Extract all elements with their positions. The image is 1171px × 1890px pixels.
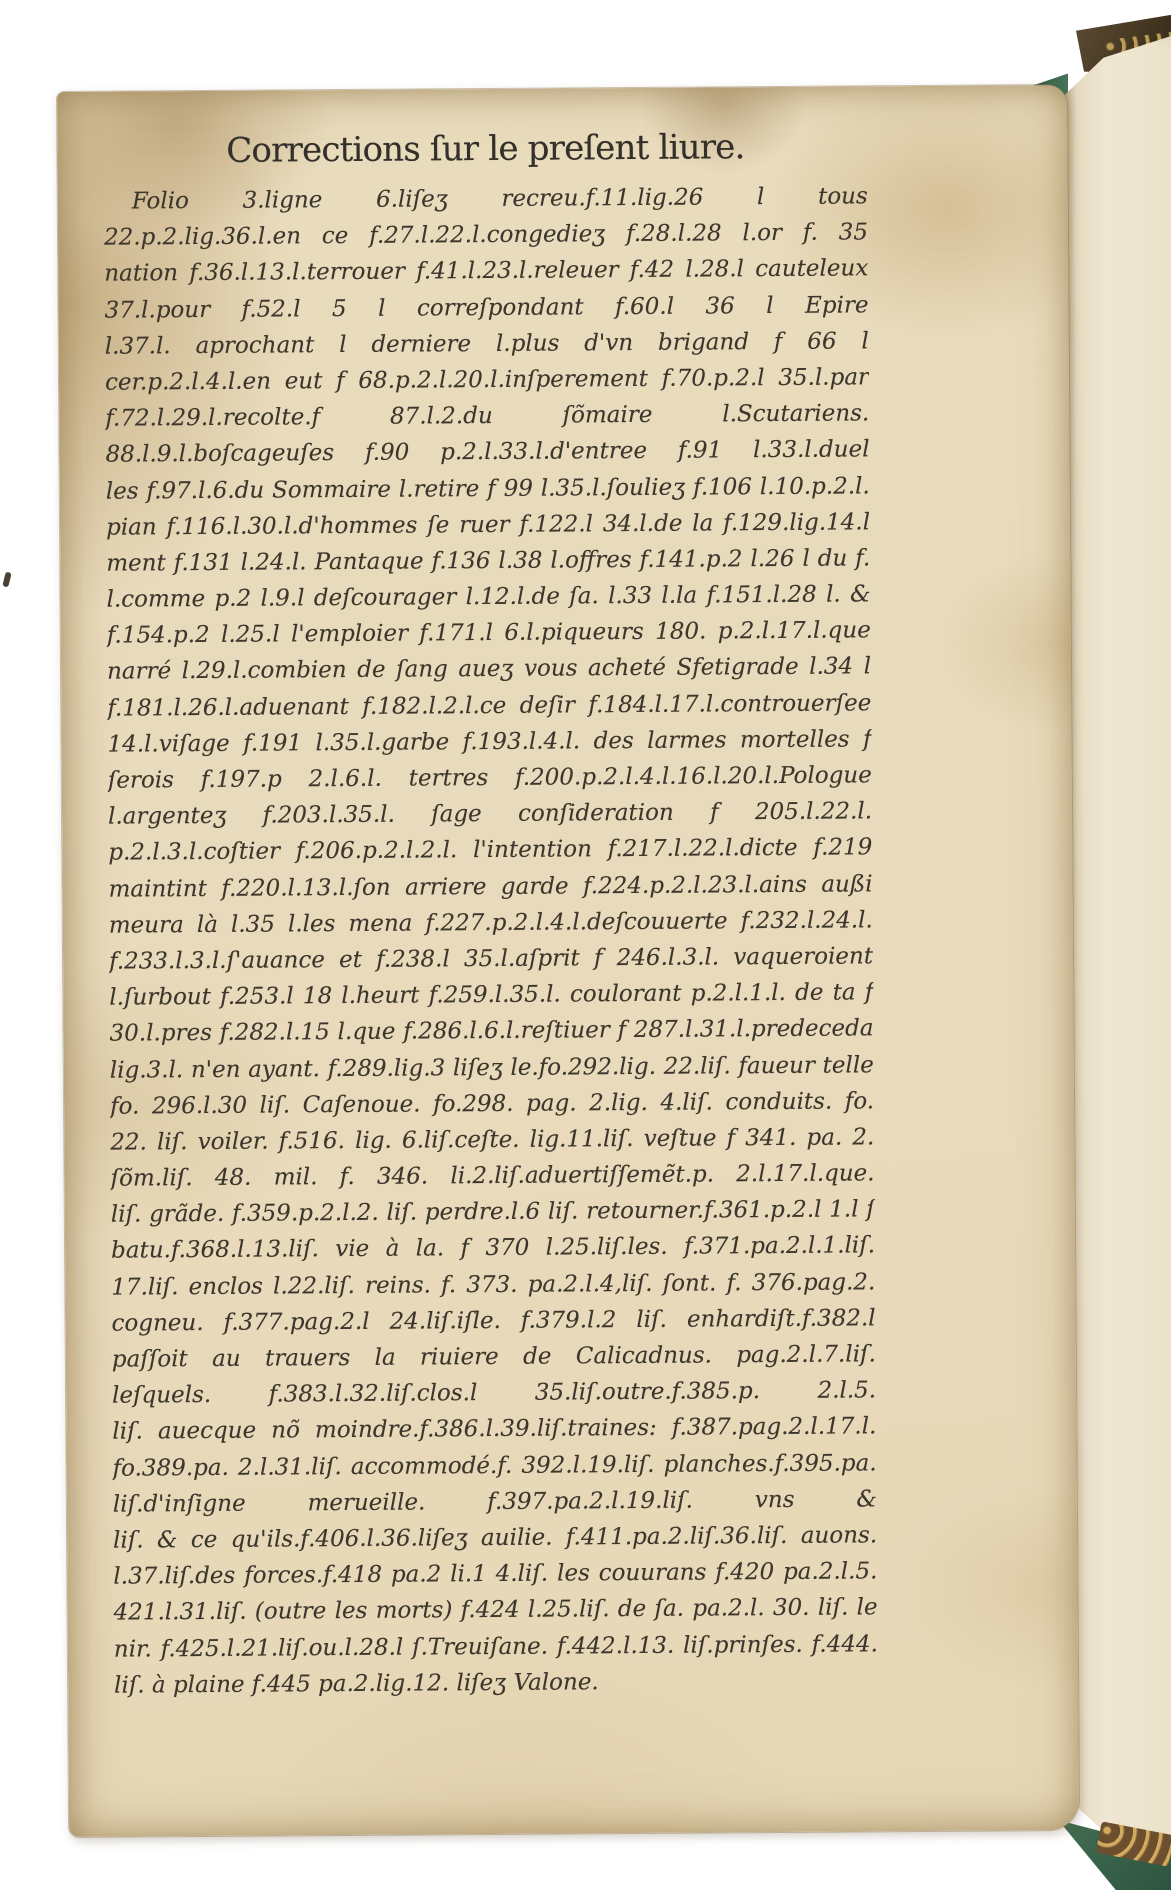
text-line: f.233.l.3.l.ſ'auance et f.238.l 35.l.aſp…	[109, 938, 873, 980]
text-line: ſerois f.197.p 2.l.6.l. tertres f.200.p.…	[108, 757, 872, 799]
text-line: 88.l.9.l.boſcageuſes f.90 p.2.l.33.l.d'e…	[105, 432, 869, 474]
corrections-text: Folio 3.ligne 6.liſeʒ recreu.f.11.lig.26…	[104, 178, 879, 1703]
text-line: leſquels. f.383.l.32.liſ.clos.l 35.liſ.o…	[112, 1373, 876, 1415]
text-line: ſõm.liſ. 48. mil. f. 346. li.2.liſ.aduer…	[110, 1155, 874, 1197]
text-line: l.37.l. aprochant l derniere l.plus d'vn…	[105, 323, 869, 365]
text-line: 22. liſ. voiler. f.516. lig. 6.liſ.ceſte…	[110, 1119, 874, 1161]
text-line: l.37.liſ.des forces.f.418 pa.2 li.1 4.li…	[113, 1553, 877, 1595]
text-line: lig.3.l. n'en ayant. f.289.lig.3 liſeʒ l…	[110, 1047, 874, 1089]
text-line: f.181.l.26.l.aduenant f.182.l.2.l.ce deſ…	[107, 685, 871, 727]
text-line: batu.f.368.l.13.liſ. vie à la. f 370 l.2…	[111, 1228, 875, 1270]
text-line: paſſoit au trauers la riuiere de Calicad…	[112, 1336, 876, 1378]
text-line: cogneu. f.377.pag.2.l 24.liſ.iſle. f.379…	[111, 1300, 875, 1342]
text-line: pian f.116.l.30.l.d'hommes ſe ruer f.122…	[106, 504, 870, 546]
text-line: f.154.p.2 l.25.l l'emploier f.171.l 6.l.…	[107, 613, 871, 655]
text-line: 37.l.pour f.52.l 5 l correſpondant f.60.…	[104, 287, 868, 329]
text-line: Folio 3.ligne 6.liſeʒ recreu.f.11.lig.26…	[104, 178, 868, 220]
text-line: ment f.131 l.24.l. Pantaque f.136 l.38 l…	[106, 540, 870, 582]
text-line: f.72.l.29.l.recolte.f 87.l.2.du ſõmaire …	[105, 395, 869, 437]
text-line: les f.97.l.6.du Sommaire l.retire f 99 l…	[106, 468, 870, 510]
text-line: nir. f.425.l.21.liſ.ou.l.28.l ſ.Treuiſan…	[114, 1626, 878, 1668]
text-line: 421.l.31.liſ. (outre les morts) f.424 l.…	[113, 1590, 877, 1632]
text-line: liſ. grãde. f.359.p.2.l.2. liſ. perdre.l…	[111, 1192, 875, 1234]
next-page-edge	[1062, 36, 1171, 1850]
text-line: liſ. à plaine f.445 pa.2.lig.12. liſeʒ V…	[114, 1662, 878, 1704]
book-page: Corrections ſur le preſent liure. Folio …	[57, 85, 1079, 1837]
text-line: p.2.l.3.l.coſtier f.206.p.2.l.2.l. l'int…	[108, 830, 872, 872]
text-line: fo. 296.l.30 liſ. Caſenoue. fo.298. pag.…	[110, 1083, 874, 1125]
page-title: Corrections ſur le preſent liure.	[103, 126, 867, 171]
text-line: l.comme p.2 l.9.l deſcourager l.12.l.de …	[106, 576, 870, 618]
paper-fleck	[2, 571, 11, 587]
text-line: cer.p.2.l.4.l.en eut f 68.p.2.l.20.l.inſ…	[105, 359, 869, 401]
text-line: liſ. auecque nõ moindre.f.386.l.39.liſ.t…	[112, 1409, 876, 1451]
book-photo: Corrections ſur le preſent liure. Folio …	[0, 0, 1171, 1890]
text-line: meura là l.35 l.les mena f.227.p.2.l.4.l…	[109, 902, 873, 944]
text-line: l.argenteʒ f.203.l.35.l. ſage conſiderat…	[108, 794, 872, 836]
text-line: fo.389.pa. 2.l.31.liſ. accommodé.f. 392.…	[112, 1445, 876, 1487]
text-line: 14.l.viſage f.191 l.35.l.garbe f.193.l.4…	[107, 721, 871, 763]
text-line: liſ. & ce qu'ils.f.406.l.36.liſeʒ auilie…	[113, 1517, 877, 1559]
text-line: liſ.d'inſigne merueille. f.397.pa.2.l.19…	[113, 1481, 877, 1523]
text-line: narré l.29.l.combien de ſang aueʒ vous a…	[107, 649, 871, 691]
text-line: 30.l.pres f.282.l.15 l.que f.286.l.6.l.r…	[109, 1011, 873, 1053]
text-line: 22.p.2.lig.36.l.en ce f.27.l.22.l.conged…	[104, 215, 868, 257]
text-line: 17.liſ. enclos l.22.liſ. reins. f. 373. …	[111, 1264, 875, 1306]
text-line: nation f.36.l.13.l.terrouer f.41.l.23.l.…	[104, 251, 868, 293]
text-line: maintint f.220.l.13.l.ſon arriere garde …	[108, 866, 872, 908]
text-line: l.ſurbout f.253.l 18 l.heurt f.259.l.35.…	[109, 974, 873, 1016]
